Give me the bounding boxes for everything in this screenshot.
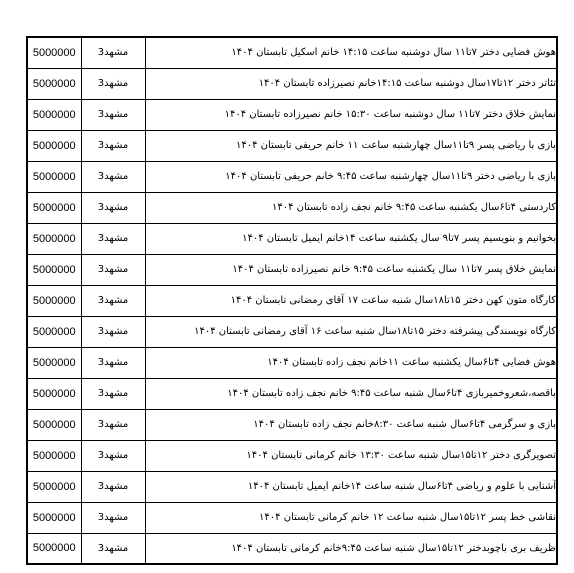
table-row: 5000000مشهد3نمایش خلاق دختر ۷تا۱۱ سال دو… bbox=[27, 99, 557, 130]
schedule-table: 5000000مشهد3هوش فضایی دختر ۷تا۱۱ سال دوش… bbox=[26, 36, 558, 565]
table-row: 5000000مشهد3هوش فضایی ۴تا۶سال یکشنبه ساع… bbox=[27, 347, 557, 378]
cell-course-description: نقاشی خط پسر ۱۲تا۱۵سال شنبه ساعت ۱۲ خانم… bbox=[145, 502, 557, 533]
table-row: 5000000مشهد3ظریف بری باچوبدختر ۱۲تا۱۵سال… bbox=[27, 533, 557, 564]
cell-price: 5000000 bbox=[27, 285, 81, 316]
cell-price: 5000000 bbox=[27, 409, 81, 440]
cell-price: 5000000 bbox=[27, 347, 81, 378]
cell-price: 5000000 bbox=[27, 161, 81, 192]
table-row: 5000000مشهد3تئاتر دختر ۱۲تا۱۷سال دوشنبه … bbox=[27, 68, 557, 99]
cell-course-description: نمایش خلاق دختر ۷تا۱۱ سال دوشنبه ساعت ۱۵… bbox=[145, 99, 557, 130]
cell-branch: مشهد3 bbox=[81, 378, 145, 409]
cell-course-description: بازی با ریاضی پسر ۹تا۱۱سال چهارشنبه ساعت… bbox=[145, 130, 557, 161]
cell-course-description: نمایش خلاق پسر ۷تا۱۱ سال یکشنبه ساعت ۹:۴… bbox=[145, 254, 557, 285]
cell-course-description: هوش فضایی دختر ۷تا۱۱ سال دوشنبه ساعت ۱۴:… bbox=[145, 37, 557, 68]
cell-branch: مشهد3 bbox=[81, 502, 145, 533]
cell-course-description: تئاتر دختر ۱۲تا۱۷سال دوشنبه ساعت ۱۴:۱۵خا… bbox=[145, 68, 557, 99]
cell-branch: مشهد3 bbox=[81, 68, 145, 99]
table-row: 5000000مشهد3بازی و سرگرمی ۴تا۶سال شنبه س… bbox=[27, 409, 557, 440]
cell-price: 5000000 bbox=[27, 99, 81, 130]
cell-course-description: بازی با ریاضی دختر ۹تا۱۱سال چهارشنبه ساع… bbox=[145, 161, 557, 192]
cell-branch: مشهد3 bbox=[81, 161, 145, 192]
table-row: 5000000مشهد3باقصه،شعروخمیربازی ۴تا۶سال ش… bbox=[27, 378, 557, 409]
cell-price: 5000000 bbox=[27, 440, 81, 471]
table-row: 5000000مشهد3بازی با ریاضی دختر ۹تا۱۱سال … bbox=[27, 161, 557, 192]
cell-branch: مشهد3 bbox=[81, 37, 145, 68]
table-row: 5000000مشهد3کارگاه متون کهن دختر ۱۵تا۱۸س… bbox=[27, 285, 557, 316]
cell-branch: مشهد3 bbox=[81, 130, 145, 161]
cell-price: 5000000 bbox=[27, 37, 81, 68]
cell-price: 5000000 bbox=[27, 192, 81, 223]
cell-branch: مشهد3 bbox=[81, 254, 145, 285]
cell-branch: مشهد3 bbox=[81, 99, 145, 130]
table-row: 5000000مشهد3آشنایی با علوم و ریاضی ۴تا۶س… bbox=[27, 471, 557, 502]
table-row: 5000000مشهد3بخوانیم و بنویسیم پسر ۷تا۹ س… bbox=[27, 223, 557, 254]
cell-branch: مشهد3 bbox=[81, 285, 145, 316]
cell-course-description: کارگاه متون کهن دختر ۱۵تا۱۸سال شنبه ساعت… bbox=[145, 285, 557, 316]
course-schedule-table: 5000000مشهد3هوش فضایی دختر ۷تا۱۱ سال دوش… bbox=[26, 36, 558, 565]
cell-branch: مشهد3 bbox=[81, 409, 145, 440]
cell-price: 5000000 bbox=[27, 316, 81, 347]
cell-price: 5000000 bbox=[27, 471, 81, 502]
cell-price: 5000000 bbox=[27, 533, 81, 564]
cell-branch: مشهد3 bbox=[81, 471, 145, 502]
cell-course-description: ظریف بری باچوبدختر ۱۲تا۱۵سال شنبه ساعت ۹… bbox=[145, 533, 557, 564]
cell-branch: مشهد3 bbox=[81, 223, 145, 254]
cell-price: 5000000 bbox=[27, 254, 81, 285]
table-row: 5000000مشهد3تصویرگری دختر ۱۲تا۱۵سال شنبه… bbox=[27, 440, 557, 471]
table-row: 5000000مشهد3نمایش خلاق پسر ۷تا۱۱ سال یکش… bbox=[27, 254, 557, 285]
cell-course-description: بخوانیم و بنویسیم پسر ۷تا۹ سال یکشنبه سا… bbox=[145, 223, 557, 254]
cell-branch: مشهد3 bbox=[81, 192, 145, 223]
cell-price: 5000000 bbox=[27, 502, 81, 533]
table-row: 5000000مشهد3کارگاه نویسندگی پیشرفته دختر… bbox=[27, 316, 557, 347]
cell-course-description: باقصه،شعروخمیربازی ۴تا۶سال شنبه ساعت ۹:۴… bbox=[145, 378, 557, 409]
cell-branch: مشهد3 bbox=[81, 533, 145, 564]
cell-course-description: بازی و سرگرمی ۴تا۶سال شنبه ساعت ۸:۳۰خانم… bbox=[145, 409, 557, 440]
cell-price: 5000000 bbox=[27, 378, 81, 409]
cell-course-description: کارگاه نویسندگی پیشرفته دختر ۱۵تا۱۸سال ش… bbox=[145, 316, 557, 347]
cell-branch: مشهد3 bbox=[81, 440, 145, 471]
table-row: 5000000مشهد3بازی با ریاضی پسر ۹تا۱۱سال چ… bbox=[27, 130, 557, 161]
cell-branch: مشهد3 bbox=[81, 316, 145, 347]
cell-course-description: هوش فضایی ۴تا۶سال یکشنبه ساعت ۱۱خانم نجف… bbox=[145, 347, 557, 378]
cell-price: 5000000 bbox=[27, 223, 81, 254]
cell-branch: مشهد3 bbox=[81, 347, 145, 378]
cell-course-description: تصویرگری دختر ۱۲تا۱۵سال شنبه ساعت ۱۳:۳۰ … bbox=[145, 440, 557, 471]
table-row: 5000000مشهد3نقاشی خط پسر ۱۲تا۱۵سال شنبه … bbox=[27, 502, 557, 533]
cell-course-description: آشنایی با علوم و ریاضی ۴تا۶سال شنبه ساعت… bbox=[145, 471, 557, 502]
cell-course-description: کاردستی ۴تا۶سال یکشنبه ساعت ۹:۴۵ خانم نج… bbox=[145, 192, 557, 223]
table-row: 5000000مشهد3کاردستی ۴تا۶سال یکشنبه ساعت … bbox=[27, 192, 557, 223]
table-row: 5000000مشهد3هوش فضایی دختر ۷تا۱۱ سال دوش… bbox=[27, 37, 557, 68]
cell-price: 5000000 bbox=[27, 68, 81, 99]
cell-price: 5000000 bbox=[27, 130, 81, 161]
